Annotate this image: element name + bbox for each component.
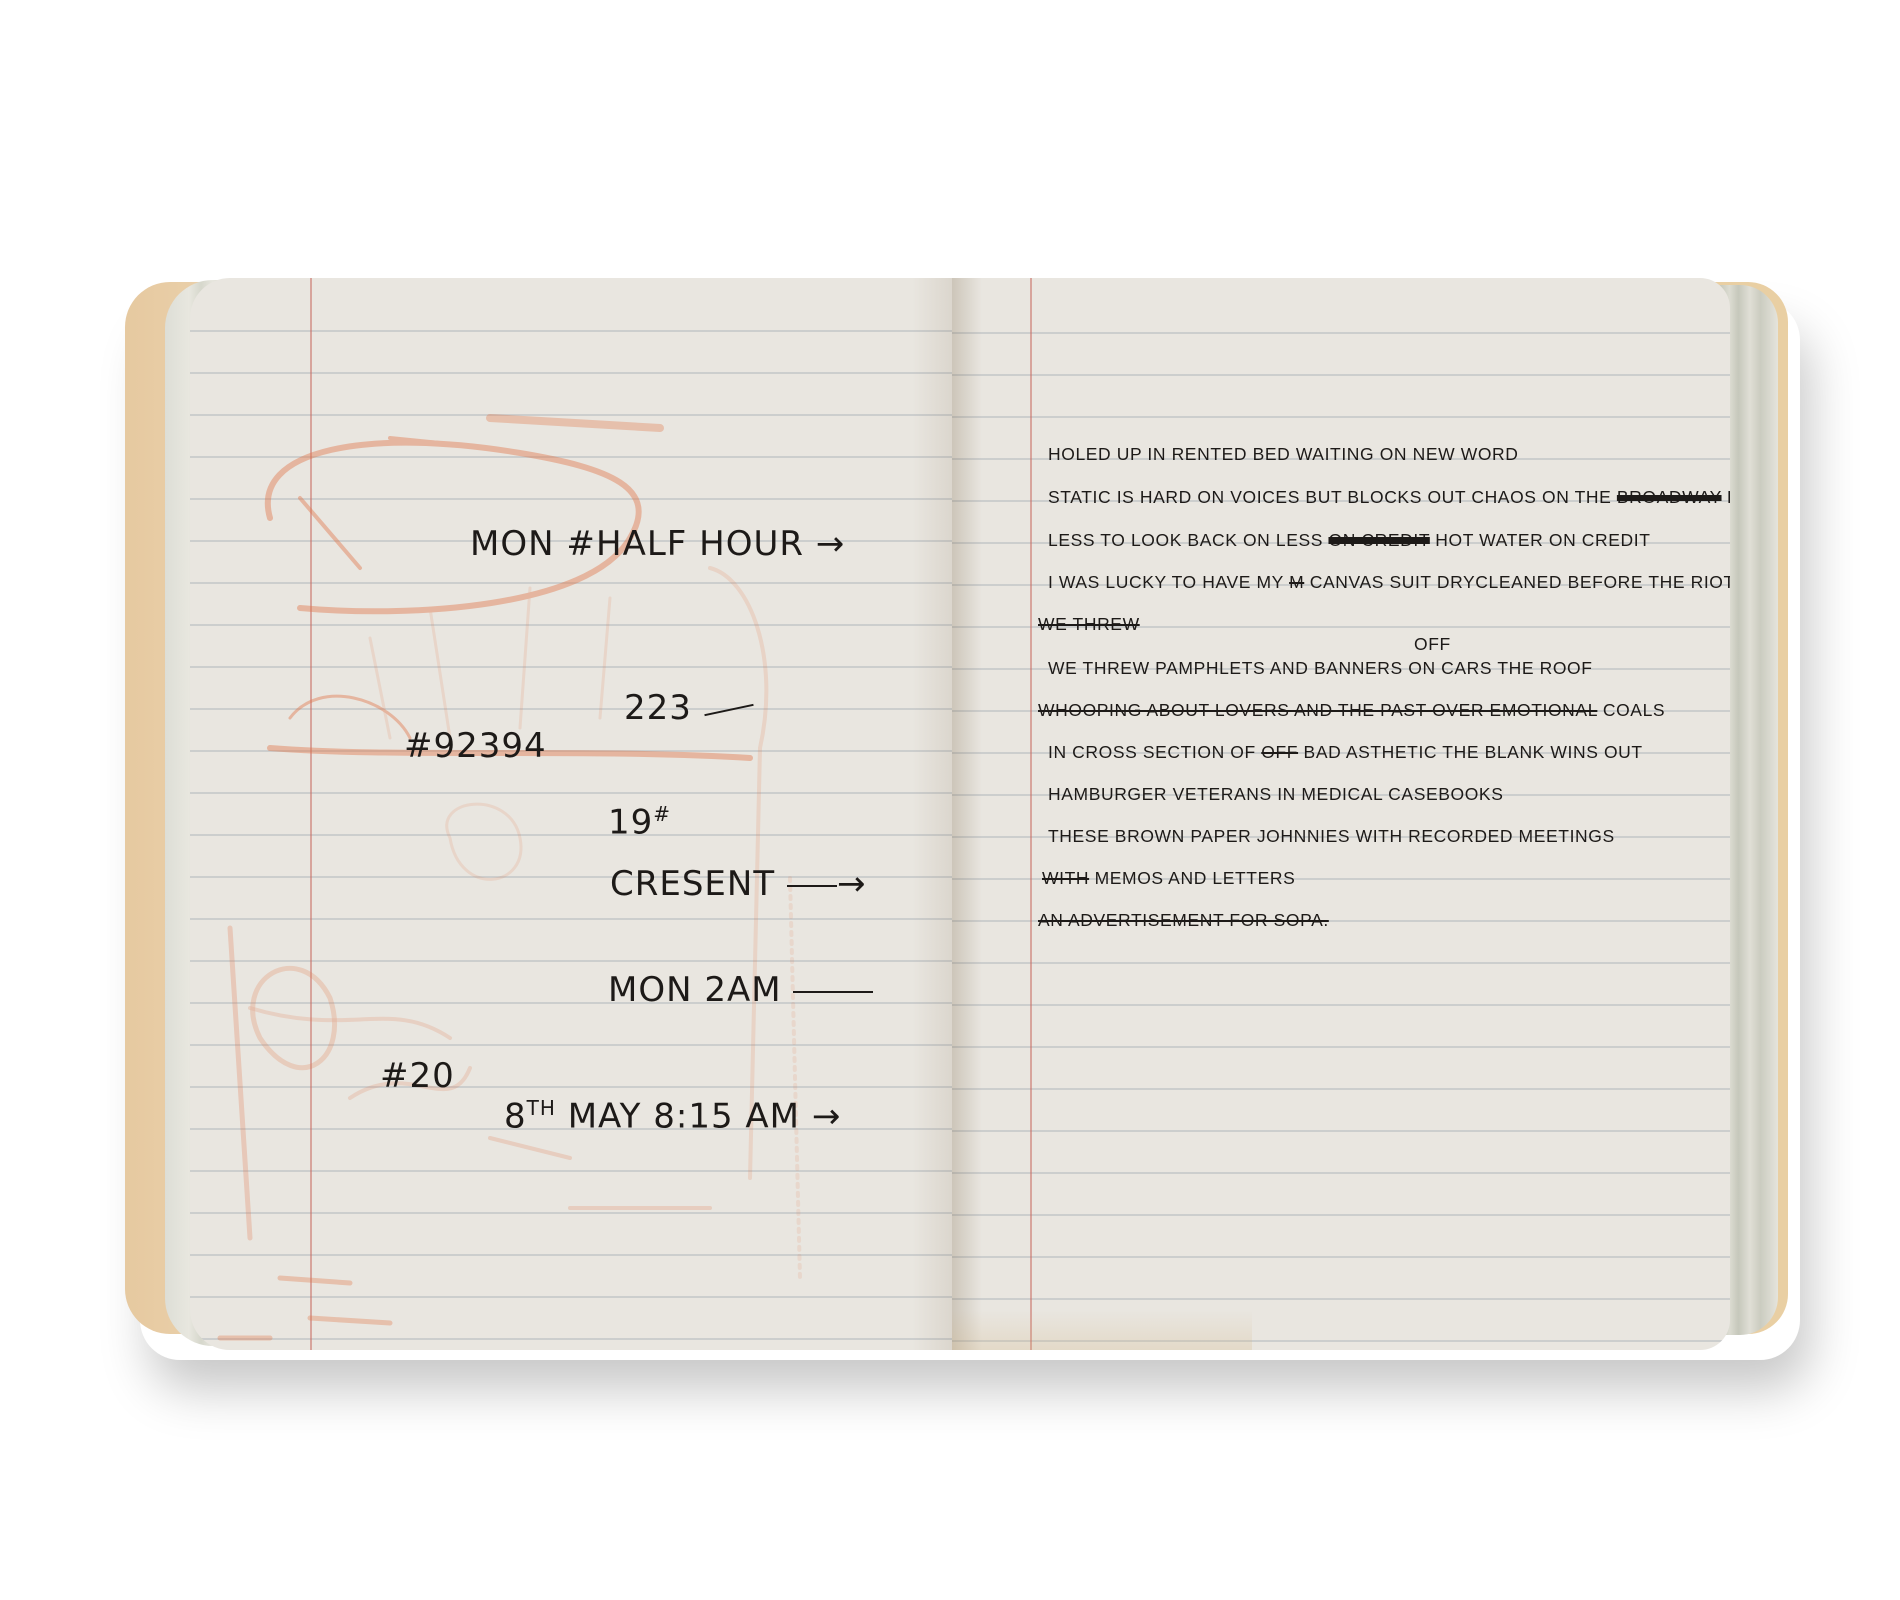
arrow-icon: → bbox=[816, 524, 846, 564]
line-text: BAD ASTHETIC THE BLANK WINS OUT bbox=[1304, 742, 1643, 762]
dash-line bbox=[787, 885, 837, 887]
entry-text: 8 bbox=[504, 1096, 527, 1136]
notebook-spread: MON # HALF HOUR → 223 #92394 19# CRESENT… bbox=[0, 0, 1900, 1600]
entry-text: #92394 bbox=[404, 726, 547, 766]
gutter-shadow bbox=[912, 278, 952, 1350]
entry-mon-hash: MON # bbox=[470, 524, 596, 564]
entry-19: 19# bbox=[608, 802, 671, 842]
insert-text: OFF bbox=[1414, 634, 1451, 654]
line-text: CANVAS SUIT DRYCLEANED BEFORE THE RIOTS bbox=[1310, 572, 1730, 592]
entry-text: MON # bbox=[470, 524, 596, 564]
gutter-shadow bbox=[952, 278, 982, 1350]
struck-word: ON CREDIT bbox=[1328, 530, 1429, 550]
line-text: RUNWAY bbox=[1727, 487, 1730, 507]
line-text: HAMBURGER VETERANS IN MEDICAL CASEBOOKS bbox=[1048, 784, 1503, 804]
struck-word: WHOOPING ABOUT LOVERS AND THE PAST OVER … bbox=[1038, 700, 1597, 720]
entry-92394: #92394 bbox=[404, 726, 547, 766]
struck-line: AN ADVERTISEMENT FOR SOPA. bbox=[1038, 910, 1329, 930]
entry-text: MAY bbox=[568, 1096, 642, 1136]
poem-line-5: WE THREW bbox=[1038, 614, 1140, 635]
entry-text: 223 bbox=[624, 688, 692, 728]
poem-line-9: HAMBURGER VETERANS IN MEDICAL CASEBOOKS bbox=[1048, 784, 1503, 805]
entry-text: #20 bbox=[380, 1056, 455, 1096]
struck-word: BROADWAY bbox=[1617, 487, 1722, 507]
entry-text: HALF HOUR bbox=[596, 524, 804, 564]
line-text: WE THREW PAMPHLETS AND BANNERS ON CARS bbox=[1048, 658, 1492, 678]
line-text: THESE BROWN PAPER JOHNNIES WITH RECORDED… bbox=[1048, 826, 1615, 846]
entry-cresent: CRESENT → bbox=[610, 864, 866, 904]
entry-223: 223 bbox=[624, 688, 754, 728]
struck-word: WITH bbox=[1042, 868, 1089, 888]
poem-line-12: AN ADVERTISEMENT FOR SOPA. bbox=[1038, 910, 1329, 931]
poem-line-10: THESE BROWN PAPER JOHNNIES WITH RECORDED… bbox=[1048, 826, 1615, 847]
arrow-icon: → bbox=[837, 864, 867, 904]
poem-line-4: I WAS LUCKY TO HAVE MY M CANVAS SUIT DRY… bbox=[1048, 572, 1730, 593]
arrow-icon: → bbox=[812, 1096, 842, 1136]
margin-line bbox=[1030, 278, 1032, 1350]
entry-8th-may: 8TH MAY 8:15 AM → bbox=[504, 1096, 841, 1136]
poem-line-6-insert: OFF bbox=[1414, 634, 1451, 655]
entry-mon-2am: MON 2AM bbox=[608, 970, 873, 1010]
poem-line-3: LESS TO LOOK BACK ON LESS ON CREDIT HOT … bbox=[1048, 530, 1651, 551]
line-text: COALS bbox=[1603, 700, 1665, 720]
poem-line-6: WE THREW PAMPHLETS AND BANNERS ON CARS T… bbox=[1048, 658, 1593, 679]
entry-text: MON 2AM bbox=[608, 970, 782, 1010]
entry-sup: TH bbox=[527, 1096, 556, 1120]
left-page: MON # HALF HOUR → 223 #92394 19# CRESENT… bbox=[190, 278, 952, 1350]
entry-half-hour: HALF HOUR → bbox=[596, 524, 845, 564]
margin-line bbox=[310, 278, 312, 1350]
crayon-scribbles bbox=[190, 278, 952, 1350]
entry-text: 8:15 AM bbox=[653, 1096, 800, 1136]
line-text: HOT WATER ON CREDIT bbox=[1435, 530, 1650, 550]
line-text: LESS TO LOOK BACK ON LESS bbox=[1048, 530, 1323, 550]
entry-20: #20 bbox=[380, 1056, 455, 1096]
line-text: MEMOS AND LETTERS bbox=[1095, 868, 1296, 888]
poem-line-2: STATIC IS HARD ON VOICES BUT BLOCKS OUT … bbox=[1048, 487, 1730, 508]
line-text: I WAS LUCKY TO HAVE MY bbox=[1048, 572, 1284, 592]
entry-text: 19 bbox=[608, 802, 653, 842]
struck-line: WE THREW bbox=[1038, 614, 1140, 634]
paper-stain bbox=[952, 1310, 1252, 1350]
entry-text: CRESENT bbox=[610, 864, 775, 904]
poem-line-8: IN CROSS SECTION OF OFF BAD ASTHETIC THE… bbox=[1048, 742, 1643, 763]
struck-word: OFF bbox=[1261, 742, 1298, 762]
line-text: THE ROOF bbox=[1497, 658, 1592, 678]
right-page: HOLED UP IN RENTED BED WAITING ON NEW WO… bbox=[952, 278, 1730, 1350]
dash-line bbox=[793, 991, 873, 993]
line-text: STATIC IS HARD ON VOICES BUT BLOCKS OUT … bbox=[1048, 487, 1611, 507]
line-text: HOLED UP IN RENTED BED WAITING ON NEW WO… bbox=[1048, 444, 1519, 464]
struck-word: M bbox=[1289, 572, 1304, 592]
poem-line-11: WITH MEMOS AND LETTERS bbox=[1042, 868, 1295, 889]
line-text: IN CROSS SECTION OF bbox=[1048, 742, 1256, 762]
poem-line-1: HOLED UP IN RENTED BED WAITING ON NEW WO… bbox=[1048, 444, 1519, 465]
entry-sup: # bbox=[653, 802, 671, 826]
dash-line bbox=[704, 703, 753, 715]
poem-line-7: WHOOPING ABOUT LOVERS AND THE PAST OVER … bbox=[1038, 700, 1665, 721]
